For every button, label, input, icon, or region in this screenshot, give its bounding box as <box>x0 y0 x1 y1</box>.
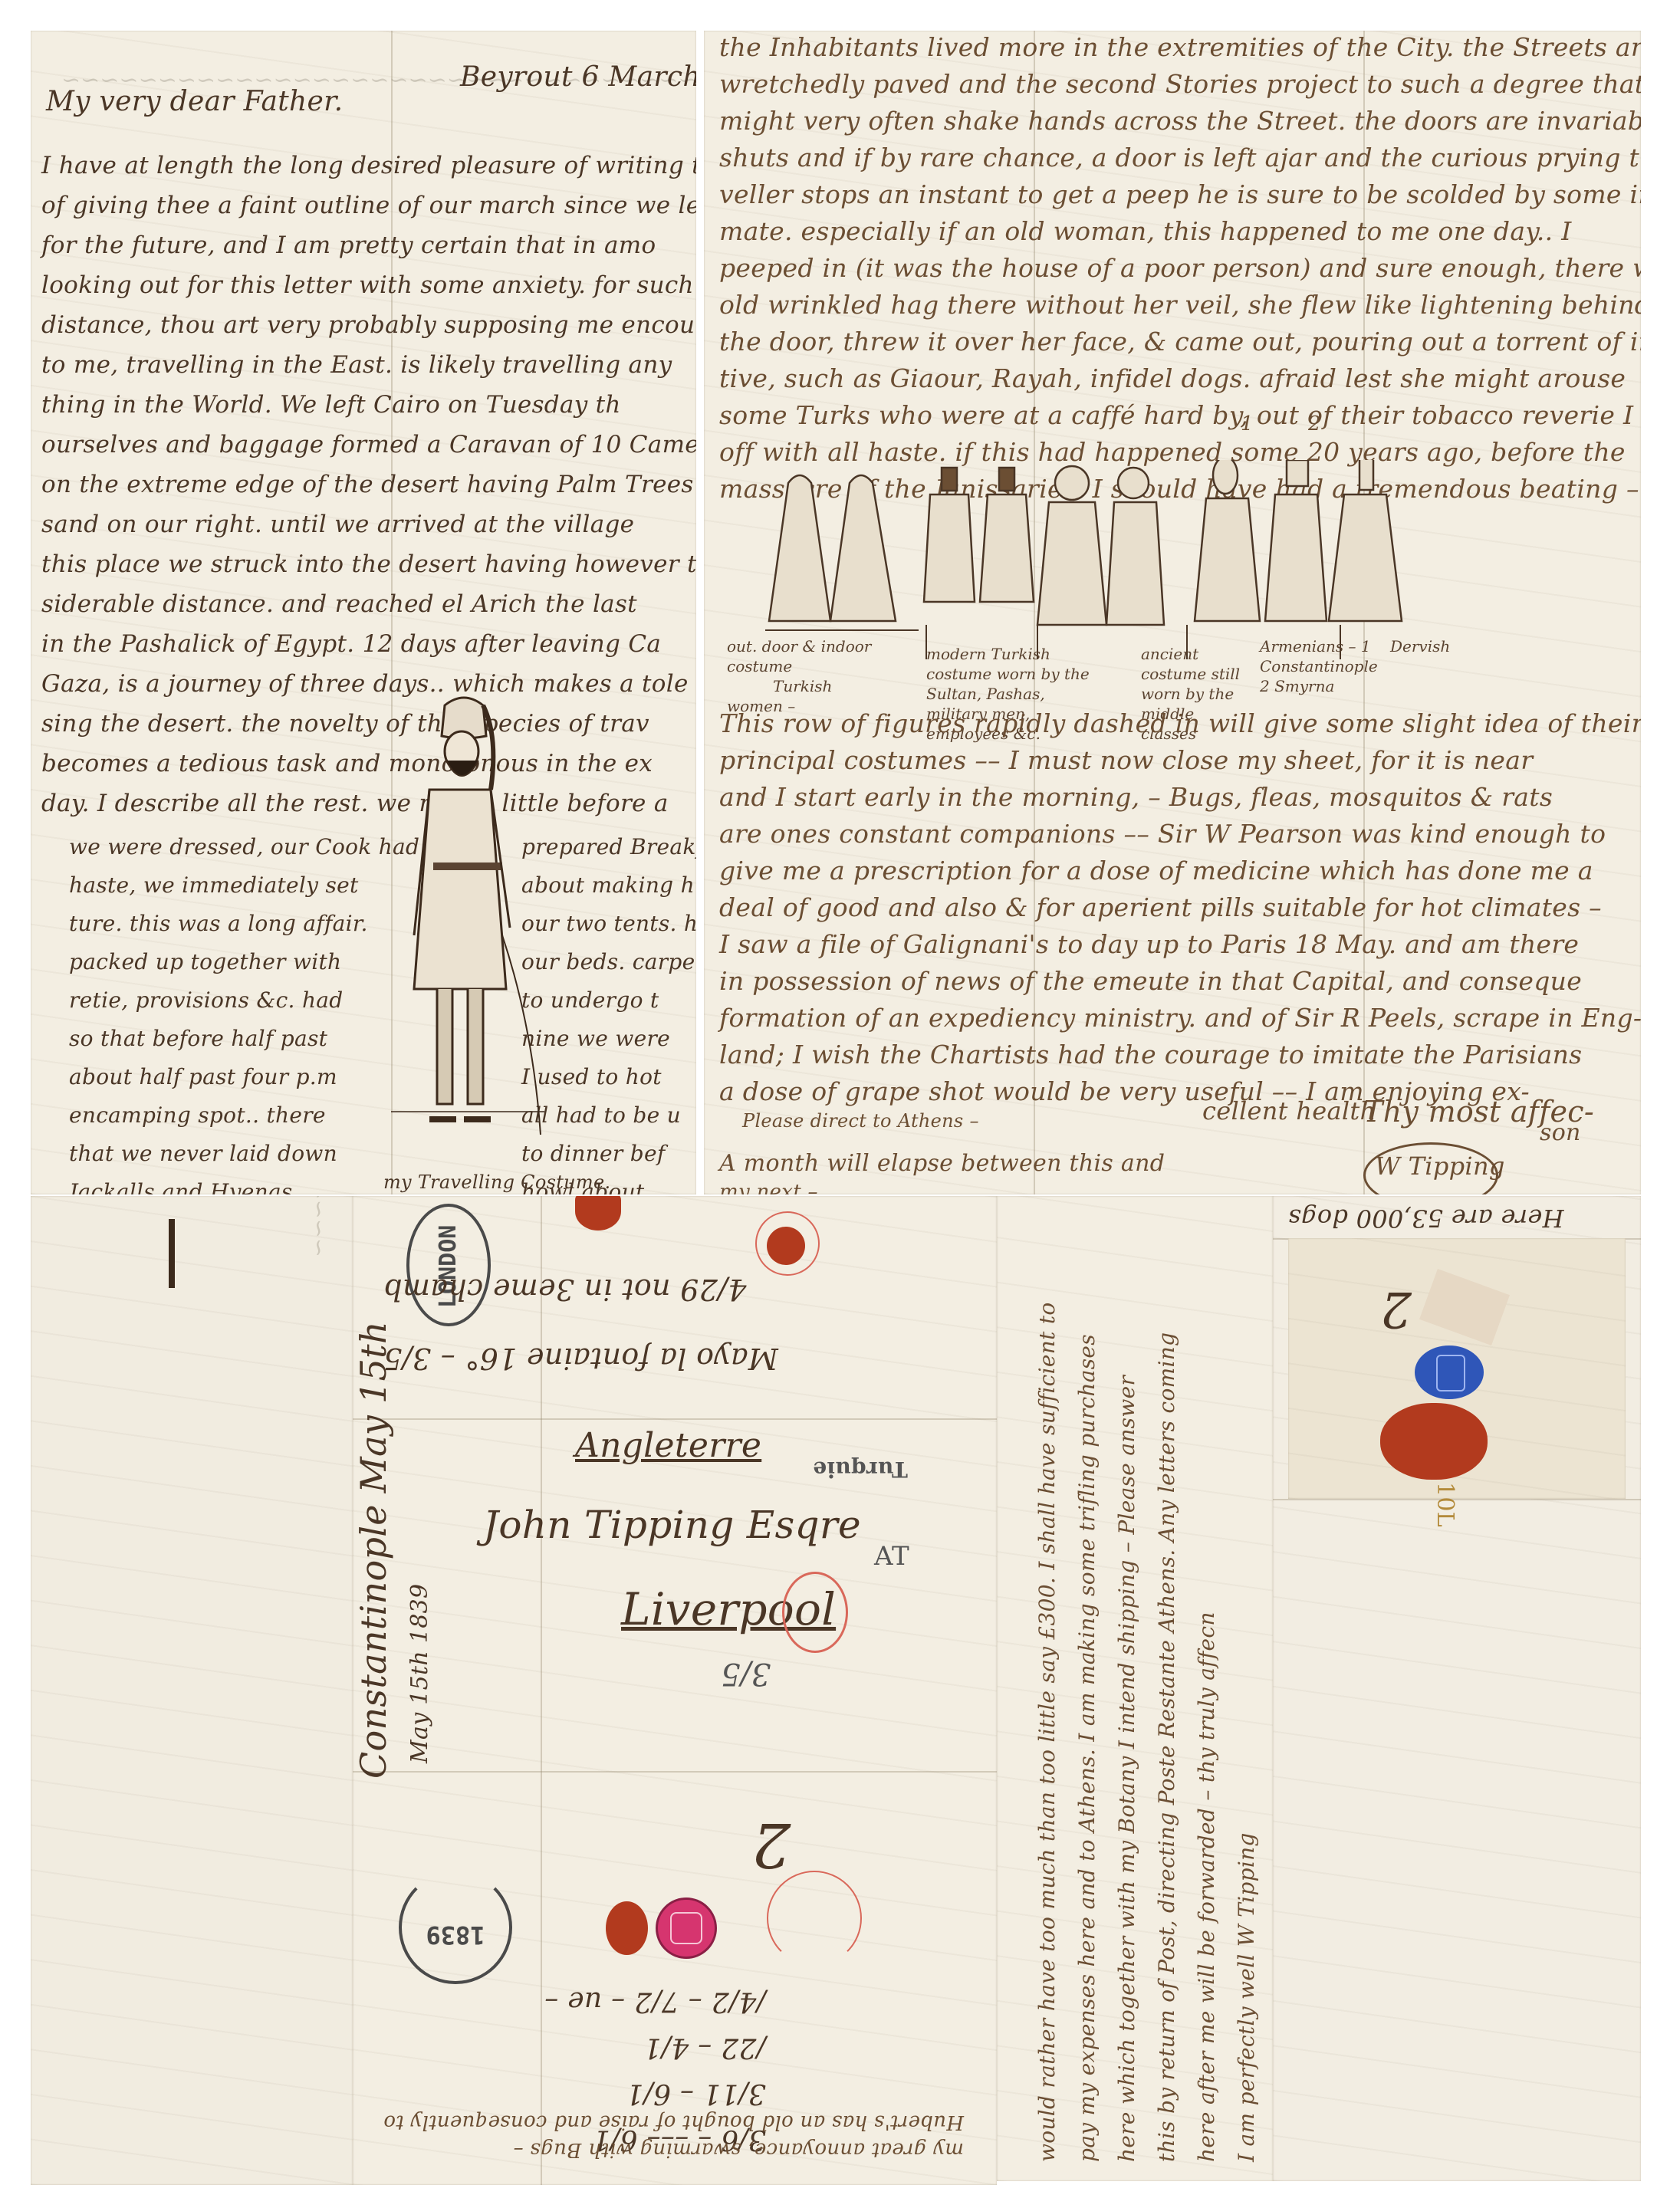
red-wax-seal <box>1380 1403 1488 1480</box>
text-line: might very often shake hands across the … <box>719 103 1641 140</box>
address-country: Angleterre <box>575 1426 761 1465</box>
text-line: shuts and if by rare chance, a door is l… <box>719 140 1641 176</box>
text-line: the Inhabitants lived more in the extrem… <box>719 31 1641 66</box>
text-line: of giving thee a faint outline of our ma… <box>41 186 696 225</box>
text-line: land; I wish the Chartists had the coura… <box>719 1037 1641 1073</box>
text-line: wretchedly paved and the second Stories … <box>719 66 1641 103</box>
upside-down-note: Here are 53,000 dogs <box>1288 1204 1564 1233</box>
text-line: siderable distance. and reached el Arich… <box>41 584 696 624</box>
text-line: veller stops an instant to get a peep he… <box>719 176 1641 213</box>
text-line: in possession of news of the emeute in t… <box>719 963 1641 1000</box>
bleed-through-text: ~~~~~~~~~~~~~~~~~~~~~~~~~~~~~~ <box>299 1196 337 1257</box>
text-line: distance, thou art very probably supposi… <box>41 305 696 345</box>
wax-seal-fragment <box>575 1196 621 1230</box>
postmark-text: 1839 <box>426 1921 485 1950</box>
text-line: This row of figures rapidly dashed in wi… <box>719 705 1641 742</box>
sketch-caption: my Travelling Costume. <box>383 1171 610 1193</box>
text-line: thing in the World. We left Cairo on Tue… <box>41 385 696 425</box>
text-line: sing the desert. the novelty of this spe… <box>41 704 696 744</box>
text-line: Jackalls and Hyenas <box>69 1173 419 1194</box>
text-line: mate. especially if an old woman, this h… <box>719 213 1641 250</box>
text-column-left-of-sketch: we were dressed, our Cook had haste, we … <box>69 828 419 1194</box>
letter-page-left: ~~~~~~~~~~~~~~~~~~~~~~~~~~~~~~~~~ Beyrou… <box>31 31 696 1194</box>
postmark-at: AT <box>874 1541 909 1572</box>
text-line: sand on our right. until we arrived at t… <box>41 504 696 544</box>
text-line: about half past four p.m <box>69 1058 419 1096</box>
text-line: in the Pashalick of Egypt. 12 days after… <box>41 624 696 664</box>
text-line: for the future, and I am pretty certain … <box>41 225 696 265</box>
text-line: so that before half past <box>69 1020 419 1058</box>
postmark-london: LONDON <box>406 1204 491 1326</box>
postmark-red-circle <box>782 1572 848 1653</box>
text-line: looking out for this letter with some an… <box>41 265 696 305</box>
upside-down-note: Mayo la fontaine 16° – 3/5 <box>383 1342 778 1375</box>
text-line: I saw a file of Galignani's to day up to… <box>719 926 1641 963</box>
text-line: becomes a tedious task and monotonous in… <box>41 744 696 784</box>
text-line: are ones constant companions –– Sir W Pe… <box>719 816 1641 853</box>
panel-numeral: 2 <box>1380 1280 1412 1337</box>
rate-mark: 3/5 <box>721 1656 771 1691</box>
postscript-direct: Please direct to Athens – <box>742 1110 979 1132</box>
text-line: on the extreme edge of the desert having… <box>41 465 696 504</box>
text-line: old wrinkled hag there without her veil,… <box>719 287 1641 324</box>
closing-son: son <box>1540 1119 1581 1146</box>
envelope-panel-left: ~~~~~~~~~~~~~~~~~~~~~~~~~~~~~~ <box>31 1196 353 2185</box>
postscript-next: my next – <box>719 1181 818 1194</box>
text-line: Gaza, is a journey of three days.. which… <box>41 664 696 704</box>
postage-numeral: 2 <box>751 1809 791 1881</box>
text-line: the door, threw it over her face, & came… <box>719 324 1641 360</box>
fold-line <box>353 1418 997 1420</box>
date-note: May 15th 1839 <box>406 1584 433 1763</box>
text-line: here which together with my Botany I int… <box>1107 1302 1147 2162</box>
tally-line: /22 – 4/1 <box>544 2024 766 2070</box>
text-line: give me a prescription for a dose of med… <box>719 853 1641 889</box>
blue-wafer-seal <box>1415 1345 1484 1399</box>
health-line: cellent health <box>1202 1096 1376 1125</box>
letter-closing-body: This row of figures rapidly dashed in wi… <box>719 705 1641 1110</box>
postmark-red-arc <box>767 1871 862 1966</box>
text-line: principal costumes –– I must now close m… <box>719 742 1641 779</box>
envelope-seal-panel: Here are 53,000 dogs 2 10L <box>1273 1196 1641 2181</box>
letter-body-right: the Inhabitants lived more in the extrem… <box>719 31 1641 508</box>
text-line: retie, provisions &c. had <box>69 981 419 1020</box>
figure-number-2: 2 <box>1308 412 1321 435</box>
text-line: to me, travelling in the East. is likely… <box>41 345 696 385</box>
text-line: would rather have too much than too litt… <box>1027 1302 1067 2162</box>
pink-wafer-seal <box>656 1898 717 1959</box>
postmark-1839: 1839 <box>399 1871 512 1984</box>
postscript-month: A month will elapse between this and <box>719 1150 1165 1177</box>
upside-down-note: 4/29 not in 3eme chamb <box>383 1273 746 1306</box>
text-line: ourselves and baggage formed a Caravan o… <box>41 425 696 465</box>
salutation: My very dear Father. <box>46 86 343 117</box>
caption-text: out. door & indoor costume <box>727 637 871 675</box>
panel-stamp-mark: 10L <box>1432 1482 1458 1527</box>
envelope-side-note-panel: would rather have too much than too litt… <box>997 1196 1273 2181</box>
text-line: my great annoyance, swarming with Bugs – <box>383 2136 964 2164</box>
signature: W Tipping <box>1375 1152 1505 1181</box>
letter-body-left: I have at length the long desired pleasu… <box>41 146 696 823</box>
text-line: formation of an expediency ministry. and… <box>719 1000 1641 1037</box>
text-line: and I start early in the morning, – Bugs… <box>719 779 1641 816</box>
text-line: packed up together with <box>69 943 419 981</box>
text-line: deal of good and also & for aperient pil… <box>719 889 1641 926</box>
figure-number-1: 1 <box>1241 412 1254 435</box>
text-line: I am perfectly well W Tipping <box>1227 1302 1267 2162</box>
postmark-red-arc <box>755 1211 820 1276</box>
text-line: tive, such as Giaour, Rayah, infidel dog… <box>719 360 1641 397</box>
text-line: Hubert's has an old bought of raise and … <box>383 2108 964 2136</box>
text-line: I have at length the long desired pleasu… <box>41 146 696 186</box>
seal-monogram-icon <box>670 1912 702 1944</box>
fold-line <box>353 1771 997 1773</box>
text-line: encamping spot.. there <box>69 1096 419 1135</box>
text-line: peeped in (it was the house of a poor pe… <box>719 250 1641 287</box>
text-line: this place we struck into the desert hav… <box>41 544 696 584</box>
bottom-upside-down-note: my great annoyance, swarming with Bugs –… <box>383 2108 964 2164</box>
text-line: here after me will be forwarded – thy tr… <box>1187 1302 1227 2162</box>
envelope-address-panel: LONDON 4/29 not in 3eme chamb Mayo la fo… <box>353 1196 997 2185</box>
place-date: Beyrout 6 March <box>460 61 696 93</box>
postmark-turquie: Turquie <box>813 1457 908 1482</box>
letter-page-right: the Inhabitants lived more in the extrem… <box>704 31 1641 1194</box>
text-line: ture. this was a long affair. <box>69 905 419 943</box>
caption-turkish-women: out. door & indoor costume Turkish women… <box>727 636 888 716</box>
costume-figures-sketch <box>758 460 1624 659</box>
seal-monogram-icon <box>1436 1355 1465 1391</box>
text-line: day. I describe all the rest. we rose a … <box>41 784 696 823</box>
traveller-sketch-illustration <box>376 690 552 1165</box>
tally-line: /4/2 – 7/2 – ue – <box>544 1978 766 2024</box>
side-note-text: would rather have too much than too litt… <box>1027 1302 1267 2162</box>
text-line: we were dressed, our Cook had <box>69 828 419 866</box>
caption-dervish: Dervish <box>1390 636 1467 656</box>
text-line: pay my expenses here and to Athens. I am… <box>1067 1302 1107 2162</box>
text-line: some Turks who were at a caffé hard by, … <box>719 397 1641 434</box>
sender-place-note: Constantinople May 15th <box>353 1321 394 1779</box>
text-line: haste, we immediately set <box>69 866 419 905</box>
wax-seal-fragment <box>606 1901 648 1955</box>
text-line: this by return of Post, directing Poste … <box>1147 1302 1187 2162</box>
text-line: that we never laid down <box>69 1135 419 1173</box>
ink-mark <box>169 1219 175 1288</box>
address-name: John Tipping Esqre <box>483 1503 861 1547</box>
caption-armenians: Armenians – 1 Constantinople 2 Smyrna <box>1260 636 1375 696</box>
